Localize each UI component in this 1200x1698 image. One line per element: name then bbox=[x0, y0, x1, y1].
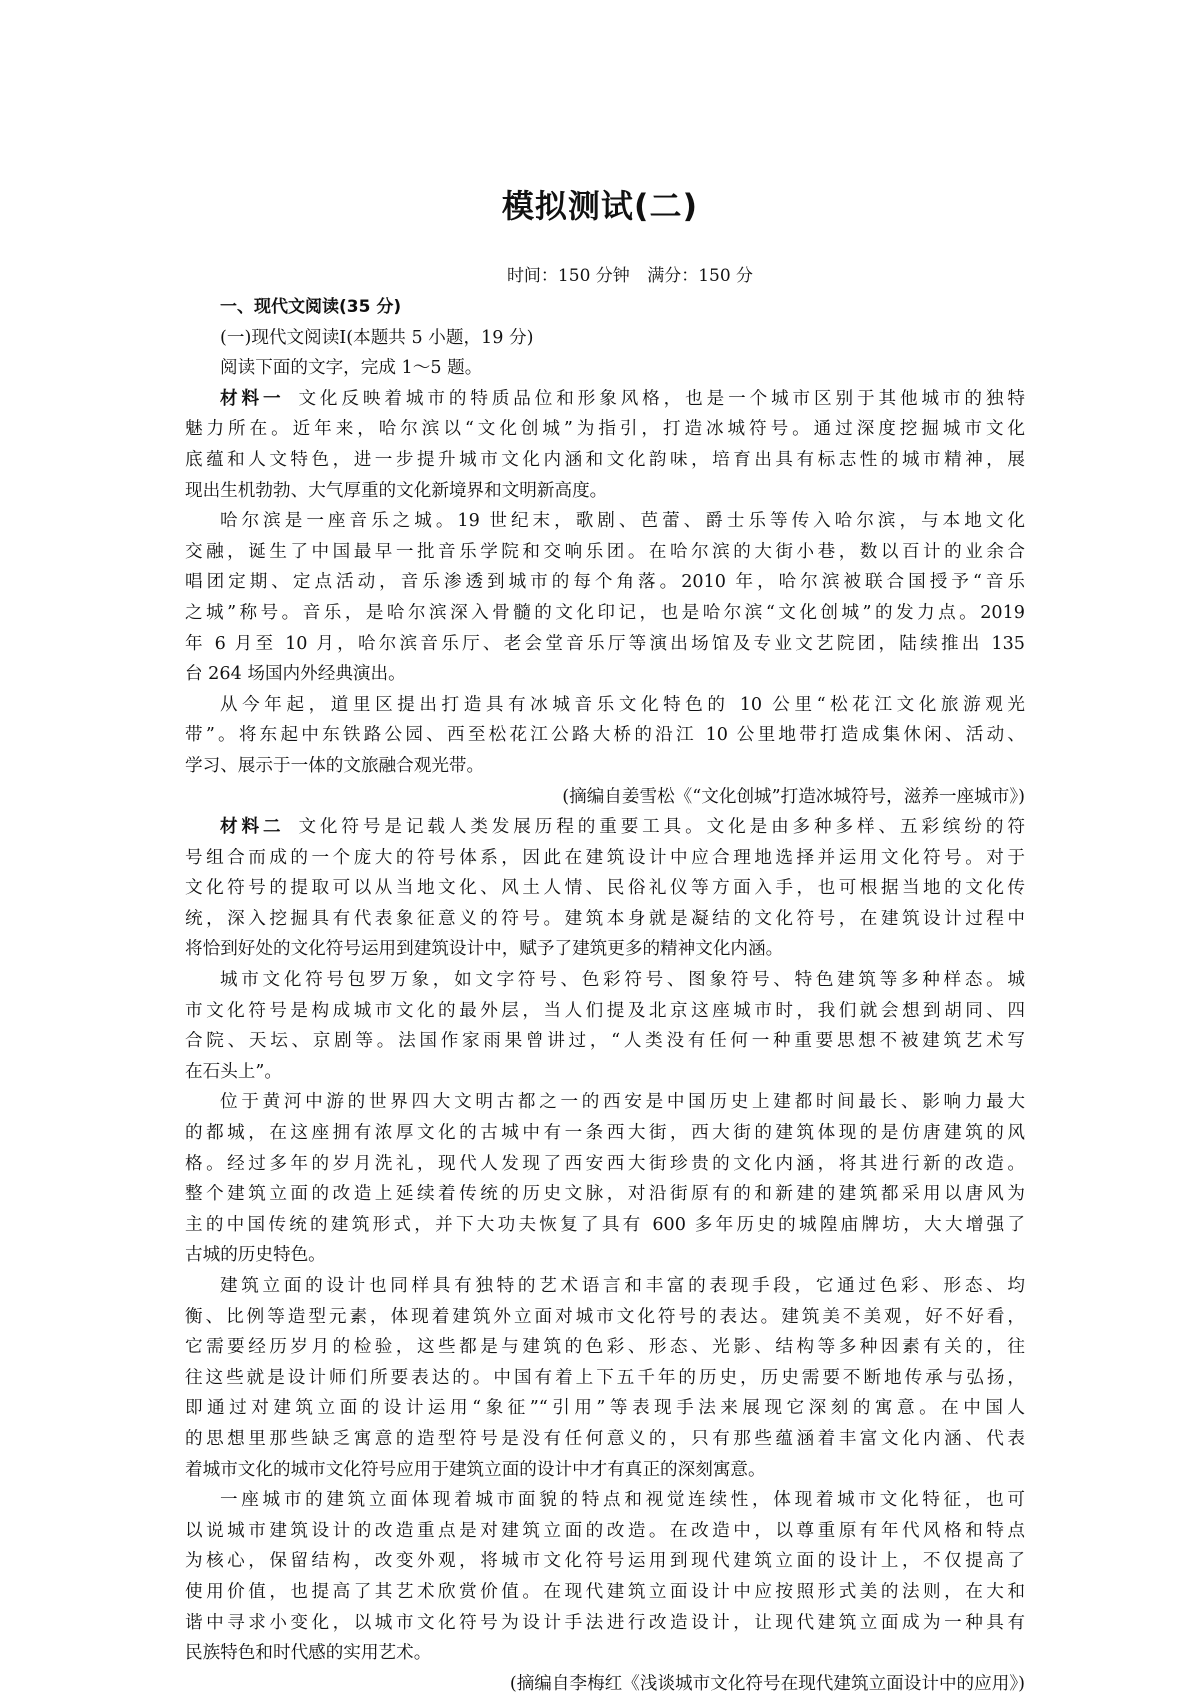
text-line: 哈尔滨是一座音乐之城。19 世纪末，歌剧、芭蕾、爵士乐等传入哈尔滨，与本地文化 bbox=[185, 506, 1025, 537]
source-citation: (摘编自李梅红《浅谈城市文化符号在现代建筑立面设计中的应用》) bbox=[185, 1669, 1025, 1698]
text-line: 格。经过多年的岁月洗礼，现代人发现了西安西大街珍贵的文化内涵，将其进行新的改造。 bbox=[185, 1149, 1025, 1180]
text-line: 为核心，保留结构，改变外观，将城市文化符号运用到现代建筑立面的设计上，不仅提高了 bbox=[185, 1546, 1025, 1577]
text-line: 的思想里那些缺乏寓意的造型符号是没有任何意义的，只有那些蕴涵着丰富文化内涵、代表 bbox=[185, 1424, 1025, 1455]
material-label: 材料一 bbox=[220, 389, 284, 409]
paragraph: 哈尔滨是一座音乐之城。19 世纪末，歌剧、芭蕾、爵士乐等传入哈尔滨，与本地文化 … bbox=[185, 506, 1025, 690]
text-line: 城市文化符号包罗万象，如文字符号、色彩符号、图象符号、特色建筑等多种样态。城 bbox=[185, 965, 1025, 996]
text-line: 在石头上”。 bbox=[185, 1057, 1025, 1088]
text-line: 以说城市建筑设计的改造重点是对建筑立面的改造。在改造中，以尊重原有年代风格和特点 bbox=[185, 1516, 1025, 1547]
text-line: 统，深入挖掘具有代表象征意义的符号。建筑本身就是凝结的文化符号，在建筑设计过程中 bbox=[185, 904, 1025, 935]
paragraph: 建筑立面的设计也同样具有独特的艺术语言和丰富的表现手段，它通过色彩、形态、均 衡… bbox=[185, 1271, 1025, 1485]
text-line: 合院、天坛、京剧等。法国作家雨果曾讲过，“人类没有任何一种重要思想不被建筑艺术写 bbox=[185, 1026, 1025, 1057]
text-line: 年 6 月至 10 月，哈尔滨音乐厅、老会堂音乐厅等演出场馆及专业文艺院团，陆续… bbox=[185, 629, 1025, 660]
sub-section-heading: (一)现代文阅读Ⅰ(本题共 5 小题，19 分) bbox=[185, 323, 1025, 354]
material-label: 材料二 bbox=[220, 817, 284, 837]
text-line: 它需要经历岁月的检验，这些都是与建筑的色彩、形态、光影、结构等多种因素有关的，往 bbox=[185, 1332, 1025, 1363]
text-line: 文化符号的提取可以从当地文化、风土人情、民俗礼仪等方面入手，也可根据当地的文化传 bbox=[185, 873, 1025, 904]
paragraph: 一座城市的建筑立面体现着城市面貌的特点和视觉连续性，体现着城市文化特征，也可 以… bbox=[185, 1485, 1025, 1669]
text-line: 号组合而成的一个庞大的符号体系，因此在建筑设计中应合理地选择并运用文化符号。对于 bbox=[185, 843, 1025, 874]
text-line: 建筑立面的设计也同样具有独特的艺术语言和丰富的表现手段，它通过色彩、形态、均 bbox=[185, 1271, 1025, 1302]
text-line: 一座城市的建筑立面体现着城市面貌的特点和视觉连续性，体现着城市文化特征，也可 bbox=[185, 1485, 1025, 1516]
text-line: 台 264 场国内外经典演出。 bbox=[185, 659, 1025, 690]
text-line: 着城市文化的城市文化符号应用于建筑立面的设计中才有真正的深刻寓意。 bbox=[185, 1455, 1025, 1486]
exam-full-score: 满分：150 分 bbox=[647, 266, 753, 286]
text-line: 材料一文化反映着城市的特质品位和形象风格，也是一个城市区别于其他城市的独特 bbox=[185, 384, 1025, 415]
text-line: 古城的历史特色。 bbox=[185, 1240, 1025, 1271]
text-line: 从今年起，道里区提出打造具有冰城音乐文化特色的 10 公里“松花江文化旅游观光 bbox=[185, 690, 1025, 721]
paragraph: 从今年起，道里区提出打造具有冰城音乐文化特色的 10 公里“松花江文化旅游观光 … bbox=[185, 690, 1025, 782]
text-line: 交融，诞生了中国最早一批音乐学院和交响乐团。在哈尔滨的大街小巷，数以百计的业余合 bbox=[185, 537, 1025, 568]
text-line: 使用价值，也提高了其艺术欣赏价值。在现代建筑立面设计中应按照形式美的法则，在大和 bbox=[185, 1577, 1025, 1608]
text-line: 主的中国传统的建筑形式，并下大功夫恢复了具有 600 多年历史的城隍庙牌坊，大大… bbox=[185, 1210, 1025, 1241]
text-line: 整个建筑立面的改造上延续着传统的历史文脉，对沿街原有的和新建的建筑都采用以唐风为 bbox=[185, 1179, 1025, 1210]
source-citation: (摘编自姜雪松《“文化创城”打造冰城符号，滋养一座城市》) bbox=[185, 782, 1025, 813]
paragraph: 材料一文化反映着城市的特质品位和形象风格，也是一个城市区别于其他城市的独特 魅力… bbox=[185, 384, 1025, 506]
text-line: 材料二文化符号是记载人类发展历程的重要工具。文化是由多种多样、五彩缤纷的符 bbox=[185, 812, 1025, 843]
paragraph: 位于黄河中游的世界四大文明古都之一的西安是中国历史上建都时间最长、影响力最大 的… bbox=[185, 1087, 1025, 1271]
text-line: 带”。将东起中东铁路公园、西至松花江公路大桥的沿江 10 公里地带打造成集休闲、… bbox=[185, 720, 1025, 751]
text-line: 市文化符号是构成城市文化的最外层，当人们提及北京这座城市时，我们就会想到胡同、四 bbox=[185, 996, 1025, 1027]
paragraph: 城市文化符号包罗万象，如文字符号、色彩符号、图象符号、特色建筑等多种样态。城 市… bbox=[185, 965, 1025, 1087]
reading-instruction: 阅读下面的文字，完成 1～5 题。 bbox=[185, 353, 1025, 384]
exam-meta: 时间：150 分钟 满分：150 分 bbox=[0, 264, 1200, 288]
section-heading: 一、现代文阅读(35 分) bbox=[185, 292, 1025, 323]
text-line: 将恰到好处的文化符号运用到建筑设计中，赋予了建筑更多的精神文化内涵。 bbox=[185, 934, 1025, 965]
page-title: 模拟测试(二) bbox=[0, 186, 1200, 226]
text-line: 的都城，在这座拥有浓厚文化的古城中有一条西大街，西大街的建筑体现的是仿唐建筑的风 bbox=[185, 1118, 1025, 1149]
text-line: 魅力所在。近年来，哈尔滨以“文化创城”为指引，打造冰城符号。通过深度挖掘城市文化 bbox=[185, 414, 1025, 445]
text-line: 现出生机勃勃、大气厚重的文化新境界和文明新高度。 bbox=[185, 476, 1025, 507]
exam-page: 模拟测试(二) 时间：150 分钟 满分：150 分 一、现代文阅读(35 分)… bbox=[0, 0, 1200, 1698]
material-two: 材料二文化符号是记载人类发展历程的重要工具。文化是由多种多样、五彩缤纷的符 号组… bbox=[185, 812, 1025, 1698]
text-line: 学习、展示于一体的文旅融合观光带。 bbox=[185, 751, 1025, 782]
text-line: 位于黄河中游的世界四大文明古都之一的西安是中国历史上建都时间最长、影响力最大 bbox=[185, 1087, 1025, 1118]
text-line: 民族特色和时代感的实用艺术。 bbox=[185, 1638, 1025, 1669]
paragraph: 材料二文化符号是记载人类发展历程的重要工具。文化是由多种多样、五彩缤纷的符 号组… bbox=[185, 812, 1025, 965]
text-line: 之城”称号。音乐，是哈尔滨深入骨髓的文化印记，也是哈尔滨“文化创城”的发力点。2… bbox=[185, 598, 1025, 629]
material-one: 材料一文化反映着城市的特质品位和形象风格，也是一个城市区别于其他城市的独特 魅力… bbox=[185, 384, 1025, 812]
exam-body: 一、现代文阅读(35 分) (一)现代文阅读Ⅰ(本题共 5 小题，19 分) 阅… bbox=[185, 292, 1025, 1698]
exam-time: 时间：150 分钟 bbox=[507, 266, 630, 286]
text-line: 底蕴和人文特色，进一步提升城市文化内涵和文化韵味，培育出具有标志性的城市精神，展 bbox=[185, 445, 1025, 476]
text-line: 衡、比例等造型元素，体现着建筑外立面对城市文化符号的表达。建筑美不美观，好不好看… bbox=[185, 1302, 1025, 1333]
text-line: 即通过对建筑立面的设计运用“象征”“引用”等表现手法来展现它深刻的寓意。在中国人 bbox=[185, 1393, 1025, 1424]
text-line: 唱团定期、定点活动，音乐渗透到城市的每个角落。2010 年，哈尔滨被联合国授予“… bbox=[185, 567, 1025, 598]
text-line: 谐中寻求小变化，以城市文化符号为设计手法进行改造设计，让现代建筑立面成为一种具有 bbox=[185, 1608, 1025, 1639]
text-line: 往这些就是设计师们所要表达的。中国有着上下五千年的历史，历史需要不断地传承与弘扬… bbox=[185, 1363, 1025, 1394]
